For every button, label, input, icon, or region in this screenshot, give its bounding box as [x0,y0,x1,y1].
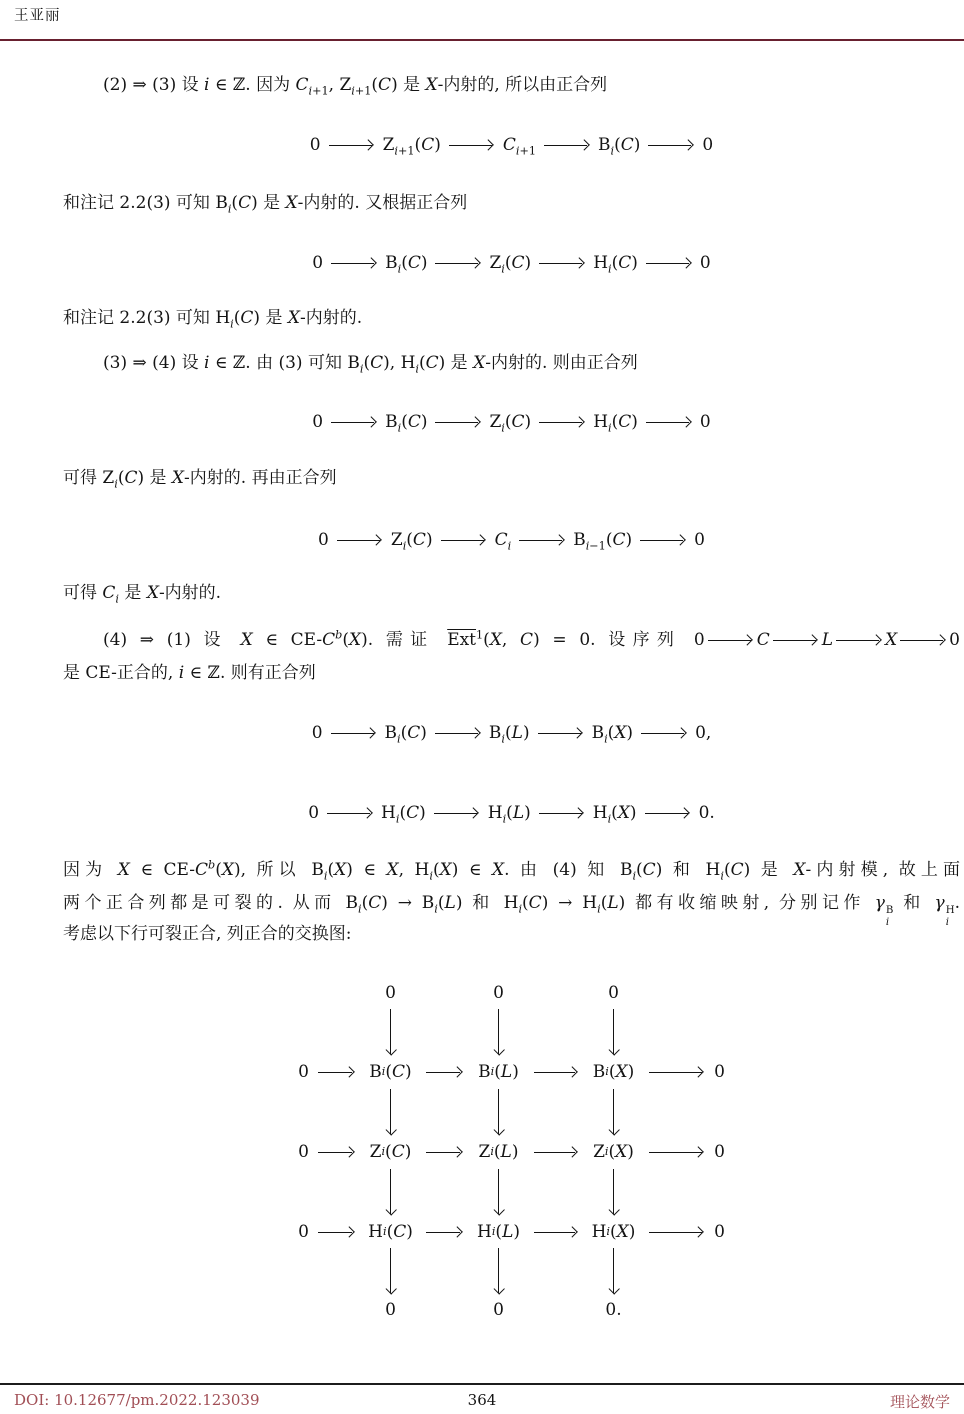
sequence-term: 0 [307,723,328,743]
paper-page: 王亚丽 (2) ⇒ (3) 设 i ∈ ℤ. 因为 Ci+1, Zi+1(C) … [0,0,964,1414]
sequence-term: 0. [694,803,720,823]
long-right-arrow-icon [534,1066,578,1079]
down-arrow-icon [491,1089,507,1136]
down-arrow-icon [606,1248,622,1295]
sequence-term: Ci [490,530,517,550]
sequence-term: 0, [690,723,716,743]
long-right-arrow-icon [534,1226,578,1239]
sequence-term: 0 [313,530,334,550]
long-right-arrow-icon [331,257,377,270]
diagram-node: 0 [465,1298,533,1322]
down-arrow-icon [383,1169,399,1216]
diagram-node: Bi(C) [357,1060,425,1084]
long-right-arrow-icon [318,1146,356,1159]
diagram-node: Hi(L) [465,1220,533,1244]
long-right-arrow-icon [318,1066,356,1079]
long-right-arrow-icon [539,807,585,820]
long-right-arrow-icon [435,257,481,270]
diagram-node: 0 [465,981,533,1005]
down-arrow-icon [491,1248,507,1295]
sequence-term: 0 [307,253,328,273]
sequence-term: Bi(L) [484,723,535,743]
long-right-arrow-icon [426,1146,464,1159]
sequence-term: Hi(X) [588,803,642,823]
long-right-arrow-icon [434,807,480,820]
sequence-term: Ci+1 [498,135,541,155]
long-right-arrow-icon [649,1066,704,1079]
long-right-arrow-icon [331,416,377,429]
sequence-term: 0 [303,803,324,823]
diagram-node: Zi(L) [465,1140,533,1164]
diagram-node: 0 [580,981,648,1005]
sequence-term: Hi(L) [483,803,536,823]
sequence-term: 0 [697,135,718,155]
sequence-term: Bi(C) [380,723,432,743]
exact-sequence-3: 0Bi(C)Zi(C)Hi(C)0 [63,409,960,435]
long-right-arrow-icon [534,1146,578,1159]
header-rule [0,39,964,41]
footer-page-number: 364 [0,1391,964,1409]
sequence-term: 0 [305,135,326,155]
sequence-term: 0 [689,530,710,550]
sequence-term: 0 [307,412,328,432]
exact-sequence-1: 0Zi+1(C)Ci+1Bi(C)0 [63,132,960,158]
long-right-arrow-icon [329,139,375,152]
sequence-term: Hi(C) [376,803,431,823]
sequence-term: Zi+1(C) [378,135,446,155]
diagram-node: 0. [580,1298,648,1322]
paragraph-4-implies-1: (4) ⇒ (1) 设 X ∈ CE-Cb(X). 需证 Ext1(X, C) … [63,628,960,652]
long-right-arrow-icon [646,257,692,270]
down-arrow-icon [606,1009,622,1056]
sequence-term: Bi(C) [380,253,432,273]
footer-rule [0,1383,964,1385]
paragraph-remark-b: 和注记 2.2(3) 可知 Bi(C) 是 X-内射的. 又根据正合列 [63,191,960,215]
diagram-node: 0 [291,1140,317,1164]
long-right-arrow-icon [544,139,590,152]
sequence-term: 0 [695,253,716,273]
diagram-node: Bi(L) [465,1060,533,1084]
down-arrow-icon [491,1009,507,1056]
commutative-diagram-grid: 0 0 0 0 Bi(C) Bi(L) Bi(X) 0 0 Zi(C) [291,981,733,1322]
exact-sequence-4: 0Zi(C)CiBi−1(C)0 [63,527,960,553]
down-arrow-icon [383,1248,399,1295]
diagram-node: Zi(X) [580,1140,648,1164]
long-right-arrow-icon [646,416,692,429]
diagram-node: Bi(X) [580,1060,648,1084]
long-right-arrow-icon [441,534,487,547]
long-right-arrow-icon [426,1066,464,1079]
commutative-diagram: 0 0 0 0 Bi(C) Bi(L) Bi(X) 0 0 Zi(C) [63,981,960,1322]
sequence-term: Bi(C) [380,412,432,432]
paragraph-because-x-line1: 因为 X ∈ CE-Cb(X), 所以 Bi(X) ∈ X, Hi(X) ∈ X… [63,858,960,882]
long-right-arrow-icon [449,139,495,152]
long-right-arrow-icon [327,807,373,820]
diagram-node: 0 [291,1220,317,1244]
long-right-arrow-icon [426,1226,464,1239]
exact-sequence-6: 0Hi(C)Hi(L)Hi(X)0. [63,800,960,826]
down-arrow-icon [383,1009,399,1056]
diagram-node: 0 [357,981,425,1005]
sequence-term: Hi(C) [588,253,643,273]
long-right-arrow-icon [435,727,481,740]
long-right-arrow-icon [649,1226,704,1239]
diagram-node: 0 [707,1220,733,1244]
exact-sequence-2: 0Bi(C)Zi(C)Hi(C)0 [63,250,960,276]
sequence-term: 0 [695,412,716,432]
diagram-node: Zi(C) [357,1140,425,1164]
paragraph-kede-c: 可得 Ci 是 X-内射的. [63,581,960,605]
long-right-arrow-icon [539,257,585,270]
long-right-arrow-icon [649,1146,704,1159]
page-header-author: 王亚丽 [14,4,61,25]
long-right-arrow-icon [645,807,691,820]
diagram-node: Hi(X) [580,1220,648,1244]
long-right-arrow-icon [648,139,694,152]
down-arrow-icon [606,1089,622,1136]
sequence-term: Bi(X) [587,723,638,743]
diagram-node: 0 [707,1060,733,1084]
paragraph-consider-diagram: 考虑以下行可裂正合, 列正合的交换图: [63,922,960,946]
paragraph-remark-h: 和注记 2.2(3) 可知 Hi(C) 是 X-内射的. [63,306,960,330]
paragraph-kede-z: 可得 Zi(C) 是 X-内射的. 再由正合列 [63,466,960,490]
diagram-node: 0 [707,1140,733,1164]
long-right-arrow-icon [641,727,687,740]
sequence-term: Bi(C) [593,135,645,155]
long-right-arrow-icon [539,416,585,429]
long-right-arrow-icon [331,727,377,740]
exact-sequence-5: 0Bi(C)Bi(L)Bi(X)0, [63,720,960,746]
sequence-term: Hi(C) [588,412,643,432]
long-right-arrow-icon [640,534,686,547]
long-right-arrow-icon [337,534,383,547]
paragraph-2-implies-3: (2) ⇒ (3) 设 i ∈ ℤ. 因为 Ci+1, Zi+1(C) 是 X-… [63,73,960,97]
long-right-arrow-icon [538,727,584,740]
sequence-term: Zi(C) [484,253,536,273]
diagram-node: 0 [291,1060,317,1084]
long-right-arrow-icon [435,416,481,429]
sequence-term: Zi(C) [386,530,438,550]
paragraph-ce-exact: 是 CE-正合的, i ∈ ℤ. 则有正合列 [63,661,960,685]
long-right-arrow-icon [519,534,565,547]
down-arrow-icon [383,1089,399,1136]
diagram-node: Hi(C) [357,1220,425,1244]
sequence-term: Zi(C) [484,412,536,432]
down-arrow-icon [606,1169,622,1216]
sequence-term: Bi−1(C) [568,530,637,550]
paragraph-3-implies-4: (3) ⇒ (4) 设 i ∈ ℤ. 由 (3) 可知 Bi(C), Hi(C)… [63,351,960,375]
long-right-arrow-icon [318,1226,356,1239]
diagram-node: 0 [357,1298,425,1322]
footer-journal-name: 理论数学 [890,1391,950,1412]
down-arrow-icon [491,1169,507,1216]
